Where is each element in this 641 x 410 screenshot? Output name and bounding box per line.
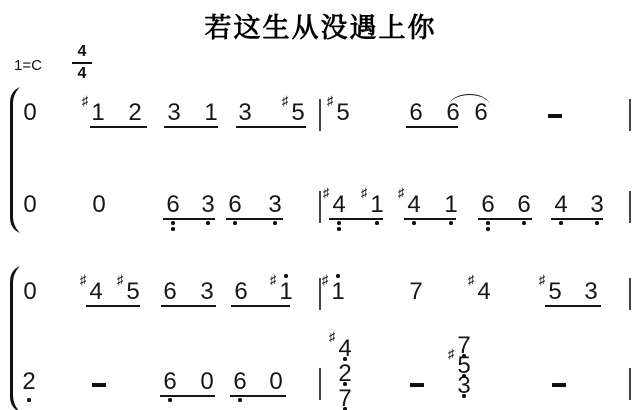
octave-dot-below <box>171 227 175 231</box>
octave-dot-above <box>336 274 340 278</box>
beam-line <box>478 218 532 220</box>
octave-dot-below <box>337 227 341 231</box>
sharp-icon: ♯ <box>117 274 124 286</box>
time-signature: 4 4 <box>71 43 93 83</box>
barline <box>319 99 321 131</box>
octave-dot-below <box>486 227 490 231</box>
dash-rest <box>92 383 106 387</box>
note: 0 <box>23 194 37 216</box>
beam-line <box>230 395 286 397</box>
note: 5 <box>291 102 305 124</box>
beam-line <box>86 305 140 307</box>
beam-line <box>163 218 215 220</box>
note: 0 <box>269 371 283 393</box>
note: 2 <box>22 371 36 393</box>
sheet: 若这生从没遇上你 1=C 4 4 01♯23135♯5♯6660063634♯1… <box>0 0 641 410</box>
beam-line <box>161 305 216 307</box>
key-signature: 1=C <box>14 57 42 74</box>
octave-dot-below <box>233 221 237 225</box>
note: 5 <box>336 102 350 124</box>
barline <box>629 278 631 310</box>
note: 0 <box>23 281 37 303</box>
dash-rest <box>410 383 424 387</box>
note: 3 <box>200 281 214 303</box>
note: 6 <box>517 194 531 216</box>
beam-line <box>164 126 218 128</box>
sharp-icon: ♯ <box>329 331 336 343</box>
note: 3 <box>590 194 604 216</box>
note: 3 <box>238 102 252 124</box>
time-fraction-bar <box>72 62 92 64</box>
sharp-icon: ♯ <box>539 274 546 286</box>
note: 1 <box>331 281 345 303</box>
time-numerator: 4 <box>71 43 93 61</box>
octave-dot-below <box>449 221 453 225</box>
beam-line <box>406 126 458 128</box>
octave-dot-below <box>522 221 526 225</box>
beam-line <box>160 395 215 397</box>
note: 6 <box>409 102 423 124</box>
system-bracket <box>4 265 22 410</box>
beam-line <box>404 218 456 220</box>
note: 4 <box>407 194 421 216</box>
dash-rest <box>548 114 562 118</box>
note: 0 <box>200 371 214 393</box>
note: 0 <box>92 194 106 216</box>
system-bracket <box>4 86 22 239</box>
beam-line <box>226 218 283 220</box>
octave-dot-below <box>412 221 416 225</box>
note: 7 <box>409 281 423 303</box>
barline <box>629 191 631 223</box>
note: 3 <box>201 194 215 216</box>
sharp-icon: ♯ <box>322 274 329 286</box>
octave-dot-below <box>206 221 210 225</box>
note: 1 <box>444 194 458 216</box>
barline <box>629 99 631 131</box>
note: 4 <box>554 194 568 216</box>
barline <box>629 368 631 400</box>
sharp-icon: ♯ <box>80 274 87 286</box>
octave-dot-below <box>27 398 31 402</box>
beam-line <box>236 126 306 128</box>
time-denominator: 4 <box>71 65 93 83</box>
note: 0 <box>23 102 37 124</box>
octave-dot-below <box>337 221 341 225</box>
octave-dot-above <box>284 274 288 278</box>
barline <box>319 278 321 310</box>
note: 6 <box>166 194 180 216</box>
octave-dot-below <box>375 221 379 225</box>
note: 5 <box>548 281 562 303</box>
sharp-icon: ♯ <box>282 95 289 107</box>
note: 6 <box>163 281 177 303</box>
sharp-icon: ♯ <box>327 95 334 107</box>
note: 4 <box>89 281 103 303</box>
note: 6 <box>481 194 495 216</box>
octave-dot-below <box>171 221 175 225</box>
note: 2 <box>128 102 142 124</box>
dash-rest <box>552 383 566 387</box>
octave-dot-below <box>238 398 242 402</box>
beam-line <box>90 126 147 128</box>
sharp-icon: ♯ <box>270 274 277 286</box>
octave-dot-below <box>595 221 599 225</box>
beam-line <box>329 218 383 220</box>
sharp-icon: ♯ <box>468 274 475 286</box>
note: 1 <box>279 281 293 303</box>
note: 1 <box>91 102 105 124</box>
sharp-icon: ♯ <box>398 187 405 199</box>
octave-dot-below <box>486 221 490 225</box>
octave-dot-below <box>273 221 277 225</box>
note: 3 <box>167 102 181 124</box>
note: 6 <box>163 371 177 393</box>
beam-line <box>551 218 603 220</box>
note: 4 <box>477 281 491 303</box>
octave-dot-below <box>168 398 172 402</box>
beam-line <box>545 305 601 307</box>
beam-line <box>231 305 290 307</box>
note: 3 <box>268 194 282 216</box>
song-title: 若这生从没遇上你 <box>0 6 641 45</box>
sharp-icon: ♯ <box>361 187 368 199</box>
note: 5 <box>126 281 140 303</box>
note: 3 <box>584 281 598 303</box>
note: 1 <box>370 194 384 216</box>
sharp-icon: ♯ <box>448 348 455 360</box>
tie-arc <box>449 94 490 106</box>
note: 4 <box>332 194 346 216</box>
sharp-icon: ♯ <box>323 187 330 199</box>
note: 1 <box>204 102 218 124</box>
note: 6 <box>228 194 242 216</box>
barline <box>319 368 321 400</box>
octave-dot-below <box>559 221 563 225</box>
note: 6 <box>234 281 248 303</box>
sharp-icon: ♯ <box>82 95 89 107</box>
barline <box>319 191 321 223</box>
octave-dot-below <box>462 394 466 398</box>
note: 6 <box>233 371 247 393</box>
